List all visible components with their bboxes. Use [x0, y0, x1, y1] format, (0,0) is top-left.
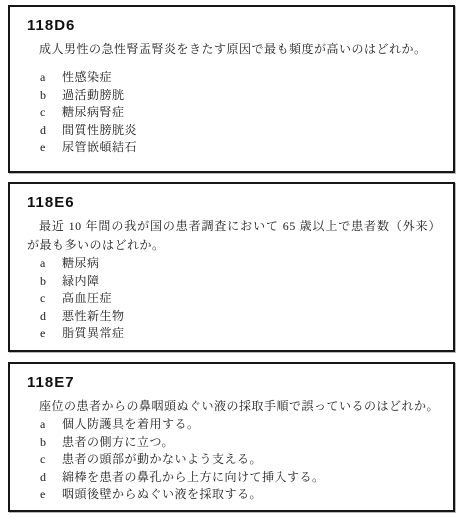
question-id: 118E7	[27, 374, 441, 392]
question-text: 座位の患者からの鼻咽頭ぬぐい液の採取手順で誤っているのはどれか。	[27, 397, 441, 416]
option-letter: b	[40, 273, 62, 291]
option-list: a 性感染症 b 過活動膀胱 c 糖尿病腎症 d 間質性膀胱炎 e 尿管嵌頓結石	[27, 69, 441, 157]
option-row: c 患者の頭部が動かないよう支える。	[40, 451, 441, 469]
option-letter: b	[40, 87, 62, 105]
option-text: 尿管嵌頓結石	[62, 139, 441, 157]
option-letter: d	[40, 122, 62, 140]
option-text: 性感染症	[62, 69, 441, 87]
option-text: 綿棒を患者の鼻孔から上方に向けて挿入する。	[62, 469, 441, 487]
option-text: 悪性新生物	[62, 308, 441, 326]
option-letter: a	[40, 69, 62, 87]
option-row: d 悪性新生物	[40, 308, 441, 326]
question-id: 118E6	[27, 194, 441, 212]
option-letter: b	[40, 434, 62, 452]
option-text: 緑内障	[62, 273, 441, 291]
option-letter: c	[40, 451, 62, 469]
option-text: 糖尿病腎症	[62, 104, 441, 122]
question-card: 118E7 座位の患者からの鼻咽頭ぬぐい液の採取手順で誤っているのはどれか。 a…	[8, 362, 455, 512]
option-letter: d	[40, 308, 62, 326]
option-list: a 個人防護具を着用する。 b 患者の側方に立つ。 c 患者の頭部が動かないよう…	[27, 416, 441, 504]
option-row: a 糖尿病	[40, 255, 441, 273]
option-letter: e	[40, 325, 62, 343]
option-row: e 咽頭後壁からぬぐい液を採取する。	[40, 486, 441, 504]
option-text: 高血圧症	[62, 290, 441, 308]
option-text: 患者の側方に立つ。	[62, 434, 441, 452]
question-text: 最近 10 年間の我が国の患者調査において 65 歳以上で患者数（外来）が最も多…	[27, 217, 441, 255]
option-letter: c	[40, 104, 62, 122]
option-letter: d	[40, 469, 62, 487]
exam-question-sheet: 118D6 成人男性の急性腎盂腎炎をきたす原因で最も頻度が高いのはどれか。 a …	[0, 5, 460, 524]
option-text: 脂質異常症	[62, 325, 441, 343]
option-text: 間質性膀胱炎	[62, 122, 441, 140]
option-text: 個人防護具を着用する。	[62, 416, 441, 434]
option-row: b 過活動膀胱	[40, 87, 441, 105]
option-row: e 脂質異常症	[40, 325, 441, 343]
option-letter: a	[40, 416, 62, 434]
option-text: 糖尿病	[62, 255, 441, 273]
option-row: a 性感染症	[40, 69, 441, 87]
question-text: 成人男性の急性腎盂腎炎をきたす原因で最も頻度が高いのはどれか。	[27, 40, 441, 59]
option-letter: c	[40, 290, 62, 308]
question-card: 118E6 最近 10 年間の我が国の患者調査において 65 歳以上で患者数（外…	[8, 182, 455, 352]
option-row: b 患者の側方に立つ。	[40, 434, 441, 452]
option-letter: e	[40, 139, 62, 157]
option-row: c 糖尿病腎症	[40, 104, 441, 122]
option-text: 患者の頭部が動かないよう支える。	[62, 451, 441, 469]
option-row: d 綿棒を患者の鼻孔から上方に向けて挿入する。	[40, 469, 441, 487]
option-letter: a	[40, 255, 62, 273]
option-row: a 個人防護具を着用する。	[40, 416, 441, 434]
option-row: e 尿管嵌頓結石	[40, 139, 441, 157]
option-row: d 間質性膀胱炎	[40, 122, 441, 140]
option-row: b 緑内障	[40, 273, 441, 291]
option-text: 咽頭後壁からぬぐい液を採取する。	[62, 486, 441, 504]
option-row: c 高血圧症	[40, 290, 441, 308]
question-id: 118D6	[27, 17, 441, 35]
option-text: 過活動膀胱	[62, 87, 441, 105]
question-card: 118D6 成人男性の急性腎盂腎炎をきたす原因で最も頻度が高いのはどれか。 a …	[8, 5, 455, 173]
option-letter: e	[40, 486, 62, 504]
option-list: a 糖尿病 b 緑内障 c 高血圧症 d 悪性新生物 e 脂質異常症	[27, 255, 441, 343]
